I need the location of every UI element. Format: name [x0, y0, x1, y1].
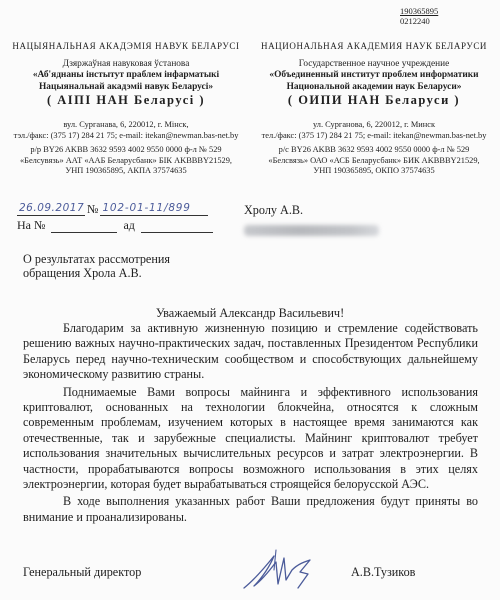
subject-line1: О результатах рассмотрения	[23, 252, 170, 266]
letter-page: 190365895 0212240 НАЦЫЯНАЛЬНАЯ АКАДЭМІЯ …	[0, 0, 500, 600]
bank-details-line3: УНП 190365895, ОКПО 37574635	[254, 166, 494, 177]
number-sign: №	[85, 202, 100, 216]
institution-name-line1: «Объединенный институт проблем информати…	[254, 70, 494, 82]
reply-to-label: На №	[17, 218, 45, 233]
salutation: Уважаемый Александр Васильевич!	[0, 306, 500, 321]
institution-name-line2: Нацыянальнай акадэміі навук Беларусі»	[6, 82, 246, 94]
institution-abbreviation: ( АІПІ НАН Беларусі )	[6, 93, 246, 107]
signatory-name: А.В.Тузиков	[351, 565, 415, 580]
registration-code-1: 190365895	[400, 6, 438, 16]
bank-details-line3: УНП 190365895, АКПА 37574635	[6, 166, 246, 177]
institution-type: Государственное научное учреждение	[254, 59, 494, 70]
institution-type: Дзяржаўная навуковая ўстанова	[6, 59, 246, 70]
paragraph-1: Благодарим за активную жизненную позицию…	[23, 321, 478, 383]
subject-line2: обращения Хрола А.В.	[23, 266, 170, 280]
handwritten-date: 26.09.2017	[17, 201, 85, 216]
institution-contacts: тел./факс: (375 17) 284 21 75; e-mail: i…	[254, 131, 494, 142]
bank-details-line2: «Белсвязь» ОАО «АСБ Беларусбанк» БИК AKB…	[254, 156, 494, 167]
bank-details-line1: р/с BY26 AKBB 3632 9593 4002 9550 0000 ф…	[254, 145, 494, 156]
reply-to-number-blank	[51, 220, 117, 233]
paragraph-3: В ходе выполнения указанных работ Ваши п…	[23, 494, 478, 525]
handwritten-outgoing-number: 102-01-11/899	[100, 201, 208, 216]
bank-details-line1: р/р BY26 AKBB 3632 9593 4002 9550 0000 ф…	[6, 145, 246, 156]
registration-code-2: 0212240	[400, 16, 438, 26]
letter-body: Благодарим за активную жизненную позицию…	[23, 321, 478, 525]
from-label: ад	[123, 218, 134, 233]
paragraph-2: Поднимаемые Вами вопросы майнинга и эффе…	[23, 385, 478, 493]
handwritten-signature-icon	[240, 544, 330, 594]
letterhead-belarusian: НАЦЫЯНАЛЬНАЯ АКАДЭМІЯ НАВУК БЕЛАРУСІ Дзя…	[6, 40, 246, 177]
academy-name: НАЦИОНАЛЬНАЯ АКАДЕМИЯ НАУК БЕЛАРУСИ	[254, 40, 494, 52]
redacted-recipient-address	[244, 225, 379, 236]
institution-abbreviation: ( ОИПИ НАН Беларуси )	[254, 93, 494, 107]
registration-codes: 190365895 0212240	[400, 6, 438, 26]
recipient-name: Хролу А.В.	[244, 203, 303, 218]
institution-contacts: тэл./факс: (375 17) 284 21 75; e-mail: i…	[6, 131, 246, 142]
academy-name: НАЦЫЯНАЛЬНАЯ АКАДЭМІЯ НАВУК БЕЛАРУСІ	[6, 40, 246, 52]
outgoing-reference: 26.09.2017 № 102-01-11/899 На № ад	[17, 200, 217, 233]
signatory-title: Генеральный директор	[23, 565, 141, 580]
institution-address: ул. Сурганова, 6, 220012, г. Минск	[254, 120, 494, 131]
bank-details-line2: «Белсувязь» ААТ «ААБ Беларусбанк» БІК AK…	[6, 156, 246, 167]
reply-to-date-blank	[141, 220, 213, 233]
institution-name-line2: Национальной академии наук Беларуси»	[254, 82, 494, 94]
letter-subject: О результатах рассмотрения обращения Хро…	[23, 252, 170, 280]
letterhead-russian: НАЦИОНАЛЬНАЯ АКАДЕМИЯ НАУК БЕЛАРУСИ Госу…	[254, 40, 494, 177]
institution-address: вул. Сурганава, 6, 220012, г. Мінск,	[6, 120, 246, 131]
institution-name-line1: «Аб'яднаны інстытут праблем інфарматыкі	[6, 70, 246, 82]
